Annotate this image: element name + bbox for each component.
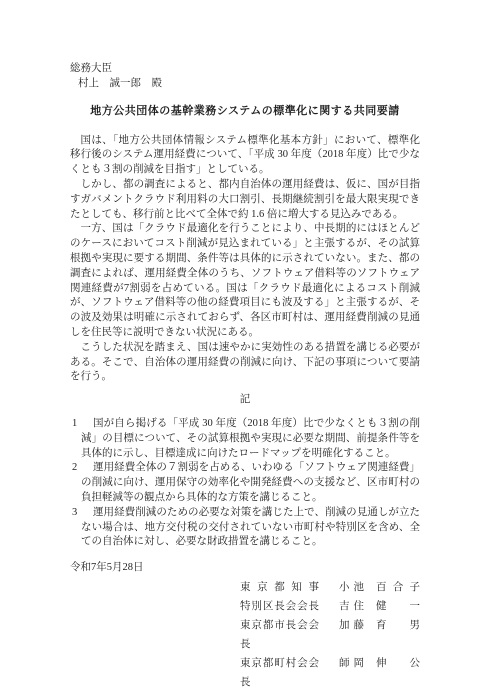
signatory-name: 加藤 育男 [339,616,420,635]
signatory-title: 特別区長会会長 [240,597,319,616]
request-item-1: 1 国が自ら掲げる「平成 30 年度（2018 年度）比で少なくとも３割の削減」… [70,417,420,461]
signatory-name: 師岡 伸公 [339,654,420,673]
body-paragraph-4: こうした状況を踏まえ、国は速やかに実効性のある措置を講じる必要がある。そこで、自… [70,341,420,385]
document-body: 国は、「地方公共団体情報システム標準化基本方針」において、標準化移行後のシステム… [70,134,420,386]
document-page: 総務大臣 村上 誠一郎 殿 地方公共団体の基幹業務システムの標準化に関する共同要… [0,0,490,692]
item-number: 3 [72,506,77,521]
signatory-surname: 小池 [339,578,364,597]
signatory-given-name: 健一 [376,597,420,616]
document-title: 地方公共団体の基幹業務システムの標準化に関する共同要請 [70,104,420,119]
signatory-given-name: 育男 [376,616,420,635]
request-list: 1 国が自ら掲げる「平成 30 年度（2018 年度）比で少なくとも３割の削減」… [70,417,420,550]
record-marker: 記 [70,393,420,408]
addressee: 総務大臣 村上 誠一郎 殿 [70,62,420,92]
request-item-2: 2 運用経費全体の７割弱を占める、いわゆる「ソフトウェア関連経費」の削減に向け、… [70,461,420,505]
signatory-surname: 吉住 [339,597,364,616]
item-text: 運用経費全体の７割弱を占める、いわゆる「ソフトウェア関連経費」の削減に向け、運用… [81,462,420,503]
signature-row: 特別区長会会長 吉住 健一 [240,597,420,616]
item-text: 運用経費削減のための必要な対策を講じた上で、削減の見通しが立たない場合は、地方交… [81,507,420,548]
signature-row: 東京都市長会会長 加藤 育男 [240,616,420,654]
signatory-title: 東京都町村会会長 [240,654,319,692]
signatory-name: 小池 百合子 [339,578,420,597]
addressee-office: 総務大臣 [70,62,420,77]
document-date: 令和7年5月28日 [70,561,420,576]
signature-row: 東京都町村会会長 師岡 伸公 [240,654,420,692]
item-number: 2 [72,461,77,476]
body-paragraph-1: 国は、「地方公共団体情報システム標準化基本方針」において、標準化移行後のシステム… [70,134,420,178]
signatory-surname: 師岡 [339,654,364,673]
signatory-title: 東京都知事 [240,578,319,597]
body-paragraph-3: 一方、国は「クラウド最適化を行うことにより、中長期的にはほとんどのケースにおいて… [70,222,420,340]
item-text: 国が自ら掲げる「平成 30 年度（2018 年度）比で少なくとも３割の削減」の目… [81,418,420,459]
signature-block: 東京都知事 小池 百合子 特別区長会会長 吉住 健一 東京都市長会会長 加藤 育… [240,578,420,692]
signatory-given-name: 伸公 [376,654,420,673]
item-number: 1 [72,417,77,432]
addressee-name: 村上 誠一郎 殿 [70,77,420,92]
signatory-surname: 加藤 [339,616,364,635]
request-item-3: 3 運用経費削減のための必要な対策を講じた上で、削減の見通しが立たない場合は、地… [70,506,420,550]
body-paragraph-2: しかし、都の調査によると、都内自治体の運用経費は、仮に、国が目指すガバメントクラ… [70,178,420,222]
signatory-name: 吉住 健一 [339,597,420,616]
signatory-title: 東京都市長会会長 [240,616,319,654]
signatory-given-name: 百合子 [376,578,420,597]
signature-row: 東京都知事 小池 百合子 [240,578,420,597]
